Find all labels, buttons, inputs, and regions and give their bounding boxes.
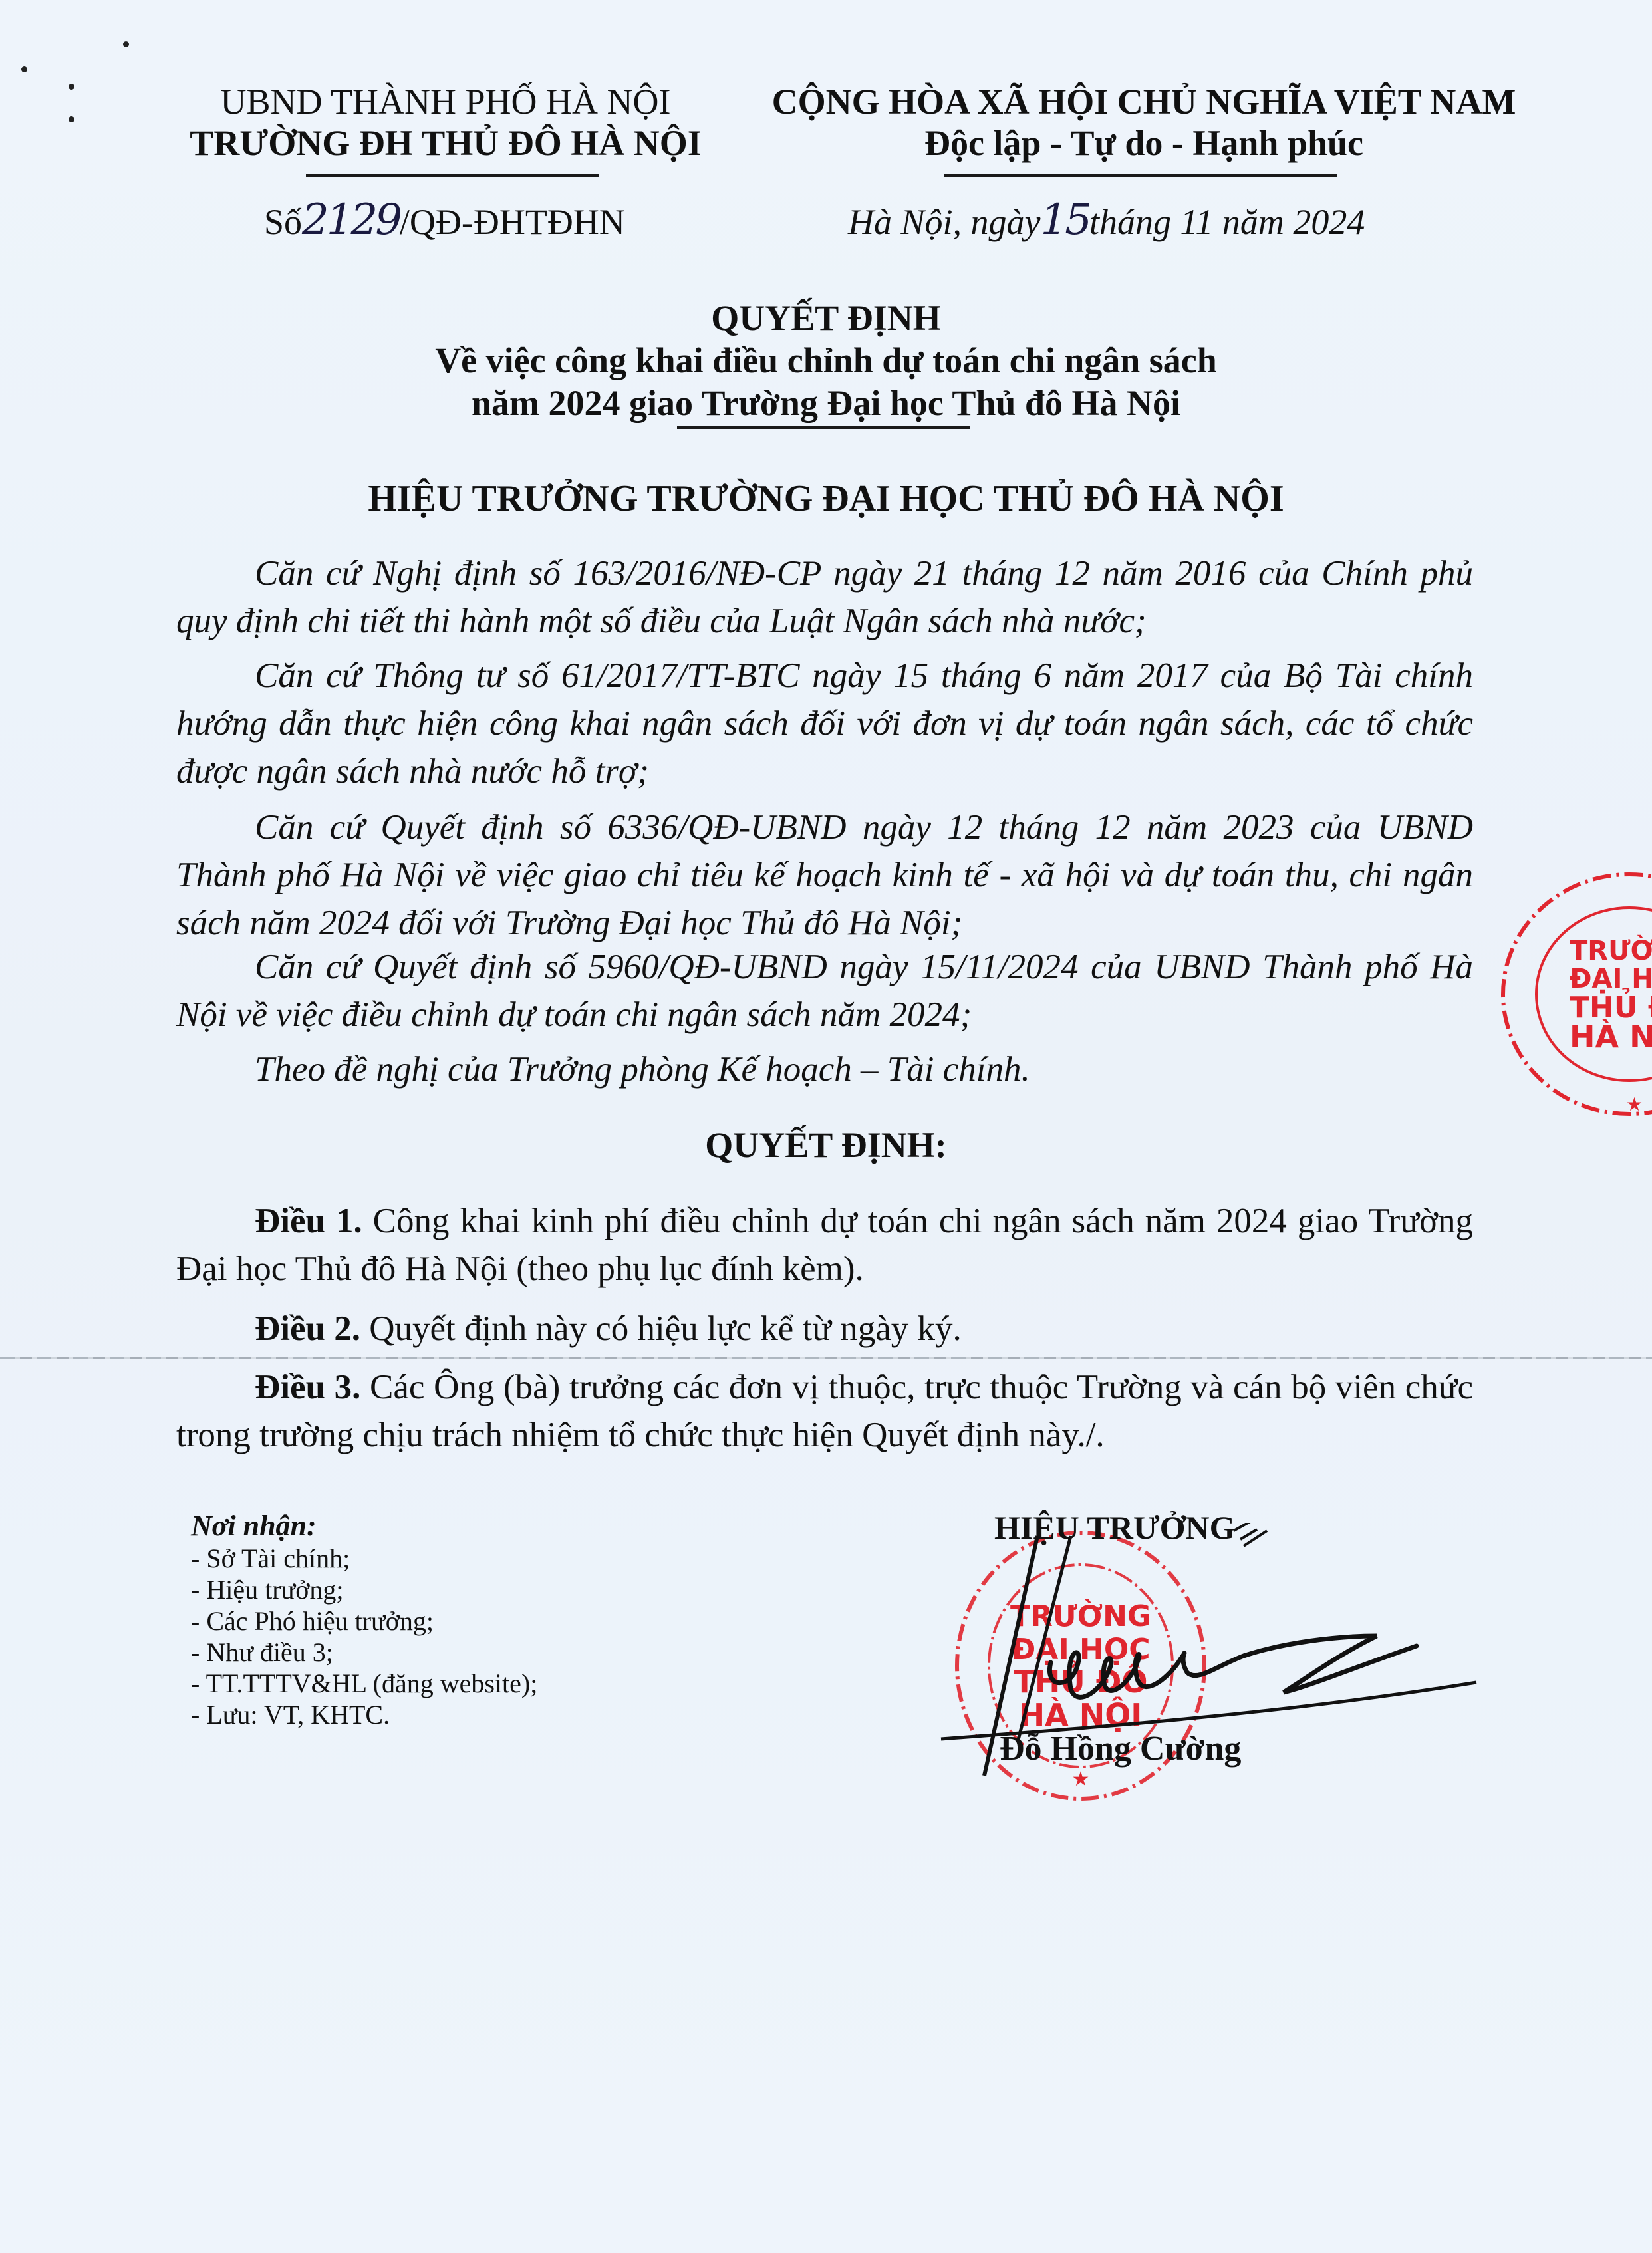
number-suffix: /QĐ-ĐHTĐHN (400, 202, 625, 242)
svg-text:★: ★ (1626, 1093, 1643, 1115)
header-right: CỘNG HÒA XÃ HỘI CHỦ NGHĨA VIỆT NAM Độc l… (738, 81, 1550, 164)
recipient-item: - Sở Tài chính; (191, 1543, 537, 1574)
margin-seal-line-2: ĐẠI HỌC (1570, 964, 1652, 994)
legal-basis-3: Căn cứ Quyết định số 6336/QĐ-UBND ngày 1… (176, 803, 1473, 947)
national-motto: Độc lập - Tự do - Hạnh phúc (738, 122, 1550, 164)
article-2-label: Điều 2. (255, 1309, 360, 1348)
legal-basis-1: Căn cứ Nghị định số 163/2016/NĐ-CP ngày … (176, 549, 1473, 645)
issuer-heading: HIỆU TRƯỞNG TRƯỜNG ĐẠI HỌC THỦ ĐÔ HÀ NỘI (0, 477, 1652, 520)
article-1-text: Công khai kinh phí điều chỉnh dự toán ch… (176, 1202, 1473, 1288)
date-prefix: Hà Nội, ngày (848, 202, 1041, 242)
recipient-item: - Như điều 3; (191, 1637, 537, 1668)
legal-basis-2: Căn cứ Thông tư số 61/2017/TT-BTC ngày 1… (176, 652, 1473, 795)
recipient-item: - Hiệu trưởng; (191, 1574, 537, 1605)
country-name: CỘNG HÒA XÃ HỘI CHỦ NGHĨA VIỆT NAM (738, 81, 1550, 122)
title-rule (677, 426, 970, 429)
article-2-text: Quyết định này có hiệu lực kể từ ngày ký… (360, 1309, 962, 1348)
margin-seal-line-4: HÀ NỘI (1570, 1019, 1652, 1055)
recipients-block: Nơi nhận: - Sở Tài chính; - Hiệu trưởng;… (191, 1510, 537, 1730)
article-2: Điều 2. Quyết định này có hiệu lực kể từ… (176, 1305, 1473, 1353)
authority-name: UBND THÀNH PHỐ HÀ NỘI (186, 81, 705, 122)
subject-line-2: năm 2024 giao Trường Đại học Thủ đô Hà N… (0, 382, 1652, 424)
subject-line-1: Về việc công khai điều chỉnh dự toán chi… (0, 339, 1652, 382)
article-1: Điều 1. Công khai kinh phí điều chỉnh dự… (176, 1197, 1473, 1293)
handwritten-number: 2129 (302, 196, 400, 245)
number-prefix: Số (264, 202, 302, 242)
document-date: Hà Nội, ngày15tháng 11 năm 2024 (848, 199, 1365, 243)
recipient-item: - TT.TTTV&HL (đăng website); (191, 1668, 537, 1699)
title-block: QUYẾT ĐỊNH Về việc công khai điều chỉnh … (0, 297, 1652, 424)
recipient-item: - Lưu: VT, KHTC. (191, 1699, 537, 1730)
scan-speck (69, 84, 74, 90)
article-3: Điều 3. Các Ông (bà) trưởng các đơn vị t… (176, 1363, 1473, 1459)
date-suffix: tháng 11 năm 2024 (1089, 202, 1365, 242)
article-3-text: Các Ông (bà) trưởng các đơn vị thuộc, tr… (176, 1368, 1473, 1454)
document-number: Số2129/QĐ-ĐHTĐHN (264, 199, 625, 243)
legal-basis-4: Căn cứ Quyết định số 5960/QĐ-UBND ngày 1… (176, 943, 1473, 1039)
scan-speck (21, 66, 27, 72)
organization-name: TRƯỜNG ĐH THỦ ĐÔ HÀ NỘI (186, 122, 705, 164)
header-left: UBND THÀNH PHỐ HÀ NỘI TRƯỜNG ĐH THỦ ĐÔ H… (186, 81, 705, 164)
recipients-title: Nơi nhận: (191, 1510, 537, 1543)
recipient-item: - Các Phó hiệu trưởng; (191, 1605, 537, 1637)
handwritten-day: 15 (1041, 196, 1089, 245)
article-1-label: Điều 1. (255, 1202, 362, 1240)
scan-speck (69, 116, 74, 122)
decision-heading: QUYẾT ĐỊNH: (0, 1124, 1652, 1166)
scan-speck (123, 41, 129, 47)
header-left-rule (306, 174, 599, 177)
signer-name: Đỗ Hồng Cường (1000, 1729, 1241, 1768)
margin-seal-stamp: TRƯỜNG ĐẠI HỌC THỦ ĐÔ HÀ NỘI ★ (1493, 868, 1652, 1127)
margin-seal-line-1: TRƯỜNG (1570, 934, 1652, 966)
scan-fold-line (0, 1357, 1652, 1359)
legal-basis-5: Theo đề nghị của Trưởng phòng Kế hoạch –… (176, 1045, 1473, 1093)
header-right-rule (944, 174, 1337, 177)
document-type: QUYẾT ĐỊNH (0, 297, 1652, 339)
article-3-label: Điều 3. (255, 1368, 360, 1406)
